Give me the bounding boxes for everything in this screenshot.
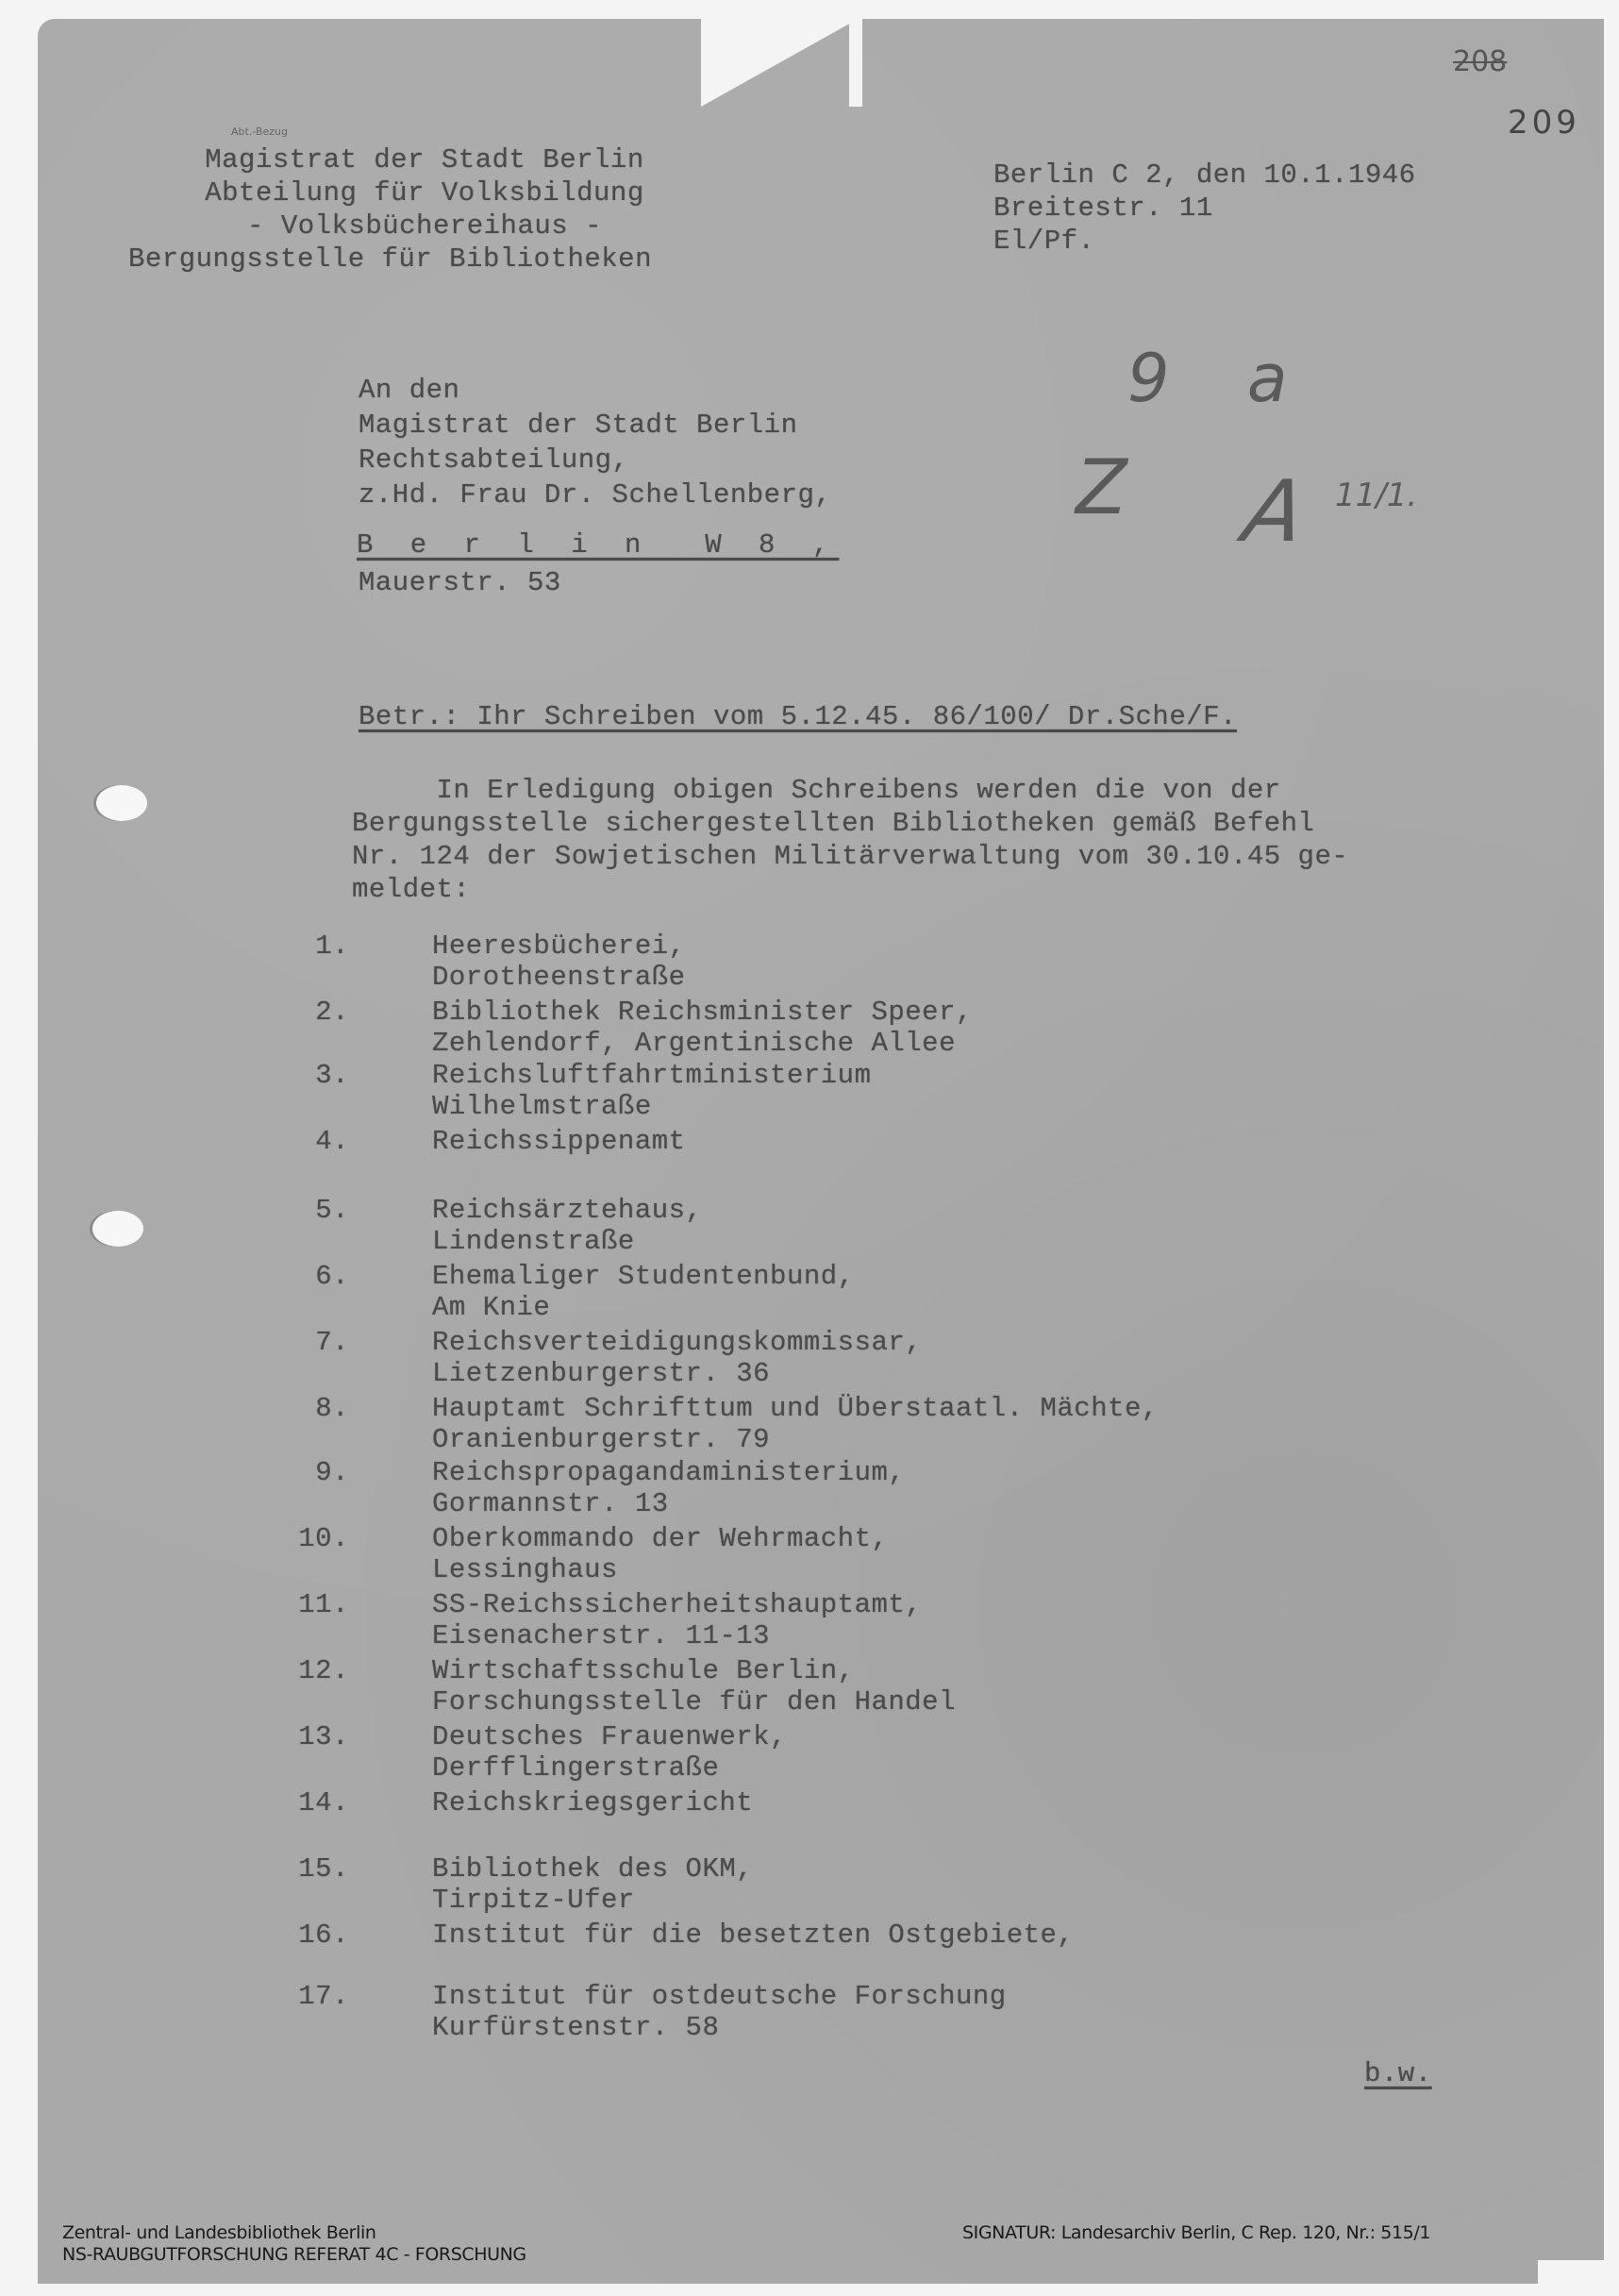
footer-signature: SIGNATUR: Landesarchiv Berlin, C Rep. 12… (962, 2222, 1430, 2243)
library-name: Ehemaliger Studentenbund, (432, 1260, 855, 1293)
library-name: Wirtschaftsschule Berlin, (432, 1654, 855, 1687)
library-address: Zehlendorf, Argentinische Allee (432, 1027, 956, 1060)
scan-margin (1604, 0, 1619, 2296)
library-name: Institut für die besetzten Ostgebiete, (432, 1919, 1074, 1952)
list-number: 9. (283, 1456, 349, 1489)
library-address: Gormannstr. 13 (432, 1487, 669, 1520)
library-address: Eisenacherstr. 11-13 (432, 1619, 770, 1652)
list-number: 15. (283, 1852, 349, 1885)
library-name: Heeresbücherei, (432, 930, 686, 963)
list-number: 5. (283, 1194, 349, 1227)
library-name: Bibliothek Reichsminister Speer, (432, 996, 973, 1029)
library-address: Derfflingerstraße (432, 1751, 719, 1785)
library-address: Lietzenburgerstr. 36 (432, 1357, 770, 1390)
list-number: 3. (283, 1059, 349, 1092)
list-number: 17. (283, 1980, 349, 2013)
library-name: Reichsärztehaus, (432, 1194, 702, 1227)
footer-institution: Zentral- und Landesbibliothek Berlin (62, 2222, 376, 2243)
library-name: Bibliothek des OKM, (432, 1852, 753, 1885)
library-name: Reichskriegsgericht (432, 1786, 753, 1819)
punch-hole (92, 1211, 143, 1247)
library-name: SS-Reichssicherheitshauptamt, (432, 1588, 922, 1621)
stamp-note: Abt.-Bezug (231, 126, 288, 138)
library-name: Institut für ostdeutsche Forschung (432, 1980, 1007, 2013)
library-address: Am Knie (432, 1291, 550, 1324)
library-name: Reichssippenamt (432, 1125, 686, 1158)
page-number-crossed: 208 (1453, 45, 1507, 78)
library-address: Kurfürstenstr. 58 (432, 2011, 719, 2044)
library-name: Reichsluftfahrtministerium (432, 1059, 871, 1092)
library-address: Lindenstraße (432, 1225, 635, 1258)
library-name: Reichspropagandaministerium, (432, 1456, 905, 1489)
list-number: 1. (283, 930, 349, 963)
continuation-marker: b.w. (1364, 2057, 1432, 2090)
library-address: Oranienburgerstr. 79 (432, 1423, 770, 1456)
library-address: Tirpitz-Ufer (432, 1884, 635, 1917)
list-number: 14. (283, 1786, 349, 1819)
list-number: 11. (283, 1588, 349, 1621)
page-number: 209 (1508, 104, 1580, 142)
library-name: Deutsches Frauenwerk, (432, 1720, 787, 1753)
list-number: 6. (283, 1260, 349, 1293)
list-number: 8. (283, 1392, 349, 1425)
library-address: Wilhelmstraße (432, 1090, 652, 1123)
list-number: 7. (283, 1326, 349, 1359)
list-number: 12. (283, 1654, 349, 1687)
punch-hole (96, 785, 147, 821)
list-number: 10. (283, 1522, 349, 1555)
library-name: Hauptamt Schrifttum und Überstaatl. Mäch… (432, 1392, 1159, 1425)
library-name: Reichsverteidigungskommissar, (432, 1326, 922, 1359)
list-number: 13. (283, 1720, 349, 1753)
library-address: Lessinghaus (432, 1553, 618, 1586)
library-address: Dorotheenstraße (432, 961, 686, 994)
library-name: Oberkommando der Wehrmacht, (432, 1522, 888, 1555)
list-number: 4. (283, 1125, 349, 1158)
list-number: 2. (283, 996, 349, 1029)
library-list: 1.Heeresbücherei,Dorotheenstraße2.Biblio… (283, 0, 1415, 2296)
footer-department: NS-RAUBGUTFORSCHUNG REFERAT 4C - FORSCHU… (62, 2244, 526, 2265)
library-address: Forschungsstelle für den Handel (432, 1685, 956, 1718)
paper-tear (1538, 2260, 1619, 2296)
list-number: 16. (283, 1919, 349, 1952)
